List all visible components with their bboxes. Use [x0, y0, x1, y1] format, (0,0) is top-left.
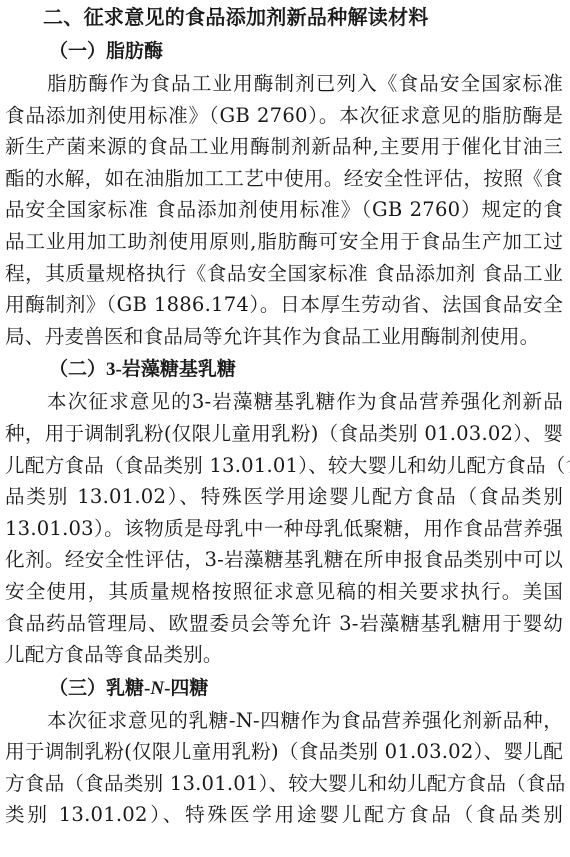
item-lipase: （一）脂肪酶 脂肪酶作为食品工业用酶制剂已列入《食品安全国家标准 食品添加剂使用…	[5, 34, 563, 352]
item-paragraph-lacto-n-tetraose: 本次征求意见的乳糖-N-四糖作为食品营养强化剂新品种， 用于调制乳粉(仅限儿童用…	[5, 705, 563, 831]
text-line: 本次征求意见的3-岩藻糖基乳糖作为食品营养强化剂新品	[5, 386, 563, 418]
item-3-fucosyllactose: （二）3-岩藻糖基乳糖 本次征求意见的3-岩藻糖基乳糖作为食品营养强化剂新品 种…	[5, 352, 563, 670]
text-line: 类别 13.01.02）、特殊医学用途婴儿配方食品（食品类别	[5, 799, 563, 831]
text-line: 程，其质量规格执行《食品安全国家标准 食品添加剂 食品工业	[5, 258, 563, 290]
item-heading-lacto-n-tetraose: （三）乳糖-N-四糖	[5, 671, 563, 705]
section-title: 二、征求意见的食品添加剂新品种解读材料	[5, 0, 563, 34]
text-line: 局、丹麦兽医和食品局等允许其作为食品工业用酶制剂使用。	[5, 321, 563, 353]
item-paragraph-lipase: 脂肪酶作为食品工业用酶制剂已列入《食品安全国家标准 食品添加剂使用标准》（GB …	[5, 68, 563, 352]
heading-prefix: （二）	[49, 358, 106, 380]
text-line: 安全使用，其质量规格按照征求意见稿的相关要求执行。美国	[5, 576, 563, 608]
heading-number: 3-	[106, 359, 122, 380]
text-line: 用酶制剂》（GB 1886.174）。日本厚生劳动省、法国食品安全	[5, 289, 563, 321]
text-line: 食品添加剂使用标准》（GB 2760）。本次征求意见的脂肪酶是	[5, 100, 563, 132]
text-line: 用于调制乳粉(仅限儿童用乳粉)（食品类别 01.03.02）、婴儿配	[5, 736, 563, 768]
item-heading-3-fucosyllactose: （二）3-岩藻糖基乳糖	[5, 352, 563, 386]
text-line: 本次征求意见的乳糖-N-四糖作为食品营养强化剂新品种，	[5, 705, 563, 737]
heading-text: 岩藻糖基乳糖	[122, 358, 236, 380]
text-line: 脂肪酶作为食品工业用酶制剂已列入《食品安全国家标准	[5, 68, 563, 100]
heading-italic-n: N	[150, 678, 164, 699]
text-line: 种，用于调制乳粉(仅限儿童用乳粉)（食品类别 01.03.02）、婴	[5, 418, 563, 450]
heading-prefix: （三）乳糖	[49, 677, 144, 699]
text-line: 品安全国家标准 食品添加剂使用标准》（GB 2760）规定的食	[5, 194, 563, 226]
text-line: 食品药品管理局、欧盟委员会等允许 3-岩藻糖基乳糖用于婴幼	[5, 608, 563, 640]
text-line: 品类别 13.01.02）、特殊医学用途婴儿配方食品（食品类别	[5, 481, 563, 513]
text-line: 13.01.03）。该物质是母乳中一种母乳低聚糖，用作食品营养强	[5, 513, 563, 545]
text-line: 酯的水解，如在油脂加工工艺中使用。经安全性评估，按照《食	[5, 163, 563, 195]
text-line: 儿配方食品（食品类别 13.01.01）、较大婴儿和幼儿配方食品（食	[5, 450, 563, 482]
document-page: 二、征求意见的食品添加剂新品种解读材料 （一）脂肪酶 脂肪酶作为食品工业用酶制剂…	[5, 0, 563, 831]
text-line: 新生产菌来源的食品工业用酶制剂新品种,主要用于催化甘油三	[5, 131, 563, 163]
text-line: 方食品（食品类别 13.01.01）、较大婴儿和幼儿配方食品（食品	[5, 768, 563, 800]
text-line: 化剂。经安全性评估，3-岩藻糖基乳糖在所申报食品类别中可以	[5, 544, 563, 576]
item-heading-lipase: （一）脂肪酶	[5, 34, 563, 68]
item-paragraph-3-fucosyllactose: 本次征求意见的3-岩藻糖基乳糖作为食品营养强化剂新品 种，用于调制乳粉(仅限儿童…	[5, 386, 563, 670]
item-lacto-n-tetraose: （三）乳糖-N-四糖 本次征求意见的乳糖-N-四糖作为食品营养强化剂新品种， 用…	[5, 671, 563, 831]
heading-text: 四糖	[170, 677, 208, 699]
text-line: 品工业用加工助剂使用原则,脂肪酶可安全用于食品生产加工过	[5, 226, 563, 258]
text-line: 儿配方食品等食品类别。	[5, 639, 563, 671]
